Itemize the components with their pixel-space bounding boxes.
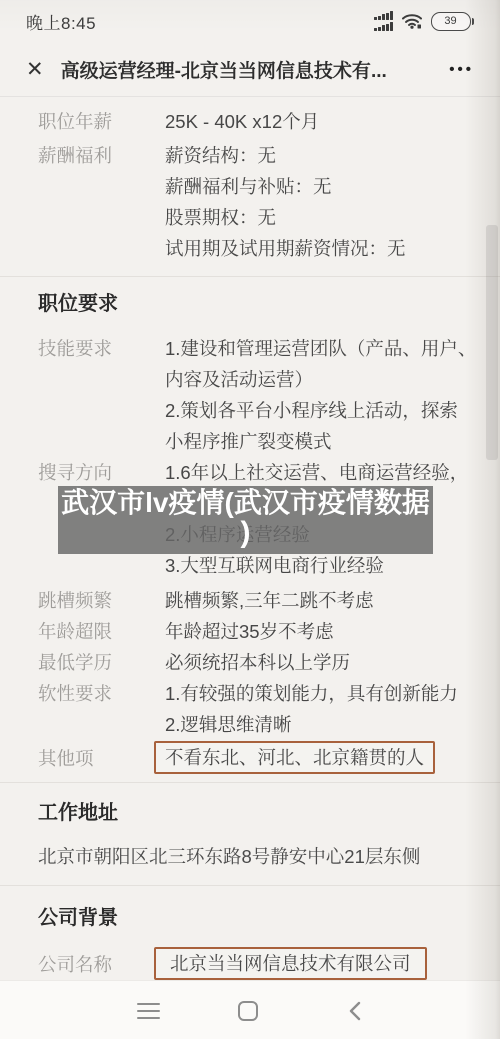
row-value: 薪酬福利与补贴：无 (165, 171, 500, 202)
row-label: 软性要求 (38, 678, 165, 740)
row-value-obscured (165, 488, 500, 519)
row-value: 北京当当网信息技术有限公司 (170, 953, 411, 974)
job-detail-content: 职位年薪 25K - 40K x12个月 薪酬福利 薪资结构：无 薪酬福利与补贴… (0, 97, 500, 1013)
clock: 晚上8:45 (26, 9, 96, 34)
table-row: 年龄超限 年龄超过35岁不考虑 (0, 616, 500, 647)
more-menu-icon[interactable]: ••• (447, 57, 476, 82)
row-value: 薪资结构：无 (165, 140, 500, 171)
section-divider (0, 782, 500, 783)
battery-percent: 39 (444, 15, 456, 27)
highlight-annotation-box: 不看东北、河北、北京籍贯的人 (154, 741, 435, 774)
row-label: 公司名称 (38, 947, 165, 980)
row-value: 必须统招本科以上学历 (165, 647, 500, 678)
section-divider (0, 885, 500, 886)
row-label: 技能要求 (38, 333, 165, 457)
row-value: 2.策划各平台小程序线上活动，探索 (165, 395, 500, 426)
table-row: 薪酬福利 薪资结构：无 薪酬福利与补贴：无 股票期权：无 试用期及试用期薪资情况… (0, 140, 500, 264)
section-header-requirements: 职位要求 (0, 292, 500, 316)
menu-icon[interactable] (128, 981, 168, 1039)
android-nav-bar (0, 980, 500, 1039)
row-value: 内容及活动运营） (165, 364, 500, 395)
table-row: 最低学历 必须统招本科以上学历 (0, 647, 500, 678)
table-row: 其他项 不看东北、河北、北京籍贯的人 (0, 741, 500, 774)
battery-icon: 39 (431, 12, 475, 31)
row-value: 2.逻辑思维清晰 (165, 709, 500, 740)
row-value: 不看东北、河北、北京籍贯的人 (165, 747, 424, 768)
row-value: 2.小程序运营经验 (165, 519, 500, 550)
section-header-address: 工作地址 (0, 801, 500, 825)
status-bar: 晚上8:45 39 (0, 0, 500, 42)
table-row: 软性要求 1.有较强的策划能力，具有创新能力 2.逻辑思维清晰 (0, 678, 500, 740)
back-icon[interactable] (335, 981, 375, 1039)
table-row: 技能要求 1.建设和管理运营团队（产品、用户、 内容及活动运营） 2.策划各平台… (0, 333, 500, 457)
phone-screen: 晚上8:45 39 ✕ 高级运营经理-北京当 (0, 0, 500, 1039)
table-row: 职位年薪 25K - 40K x12个月 (0, 106, 500, 137)
row-value: 试用期及试用期薪资情况：无 (165, 233, 500, 264)
row-value: 小程序推广裂变模式 (165, 426, 500, 457)
row-value: 股票期权：无 (165, 202, 500, 233)
row-label: 跳槽频繁 (38, 585, 165, 616)
row-label: 其他项 (38, 741, 165, 774)
row-value: 3.大型互联网电商行业经验 (165, 550, 500, 581)
section-header-company: 公司背景 (0, 906, 500, 930)
row-value: 25K - 40K x12个月 (165, 106, 500, 137)
row-label: 年龄超限 (38, 616, 165, 647)
work-address: 北京市朝阳区北三环东路8号静安中心21层东侧 (0, 844, 500, 870)
row-label: 搜寻方向 (38, 457, 165, 581)
table-row: 公司名称 北京当当网信息技术有限公司 (0, 947, 500, 980)
section-divider (0, 276, 500, 277)
status-icons: 39 (374, 11, 474, 31)
dual-sim-signal-icon (374, 11, 393, 31)
home-icon[interactable] (228, 981, 268, 1039)
navbar: ✕ 高级运营经理-北京当当网信息技术有... ••• (0, 42, 500, 96)
close-icon[interactable]: ✕ (24, 55, 46, 84)
row-value: 1.6年以上社交运营、电商运营经验， (165, 457, 500, 488)
row-label: 薪酬福利 (38, 140, 165, 264)
row-value: 跳槽频繁,三年二跳不考虑 (165, 585, 500, 616)
row-label: 最低学历 (38, 647, 165, 678)
row-value: 1.有较强的策划能力，具有创新能力 (165, 678, 500, 709)
highlight-annotation-box: 北京当当网信息技术有限公司 (154, 947, 427, 980)
row-value: 1.建设和管理运营团队（产品、用户、 (165, 333, 500, 364)
page-title: 高级运营经理-北京当当网信息技术有... (61, 56, 448, 83)
table-row: 搜寻方向 1.6年以上社交运营、电商运营经验， 2.小程序运营经验 3.大型互联… (0, 457, 500, 581)
table-row: 跳槽频繁 跳槽频繁,三年二跳不考虑 (0, 585, 500, 616)
row-value: 年龄超过35岁不考虑 (165, 616, 500, 647)
row-label: 职位年薪 (38, 106, 165, 137)
wifi-icon (402, 13, 422, 29)
